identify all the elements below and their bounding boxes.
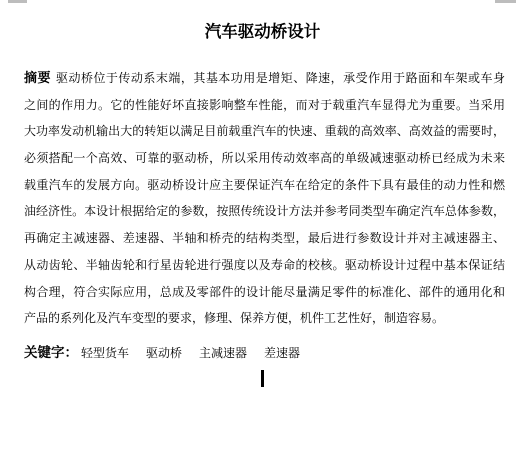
abstract-line-9: 构合理，符合实际应用，总成及零部件的设计能尽量满足零件的标准化、部件的通用化和 [24, 279, 505, 306]
top-left-ui-fragment [8, 0, 27, 3]
keyword-item-3: 主减速器 [199, 346, 247, 360]
abstract-line-1: 摘要驱动桥位于传动系末端，其基本功用是增矩、降速，承受作用于路面和车架或车身 [24, 65, 505, 92]
top-right-ui-fragment [495, 0, 516, 3]
document-page[interactable]: 汽车驱动桥设计 摘要驱动桥位于传动系末端，其基本功用是增矩、降速，承受作用于路面… [0, 0, 525, 450]
keyword-item-1: 轻型货车 [81, 346, 129, 360]
abstract-line-5: 载重汽车的发展方向。驱动桥设计应主要保证汽车在给定的条件下具有最佳的动力性和燃 [24, 172, 505, 199]
document-title: 汽车驱动桥设计 [0, 21, 525, 43]
keywords-line: 关键字：轻型货车驱动桥主减速器差速器 [24, 340, 505, 367]
keywords-label: 关键字： [24, 345, 78, 361]
text-cursor [261, 370, 264, 387]
abstract-line-4: 必须搭配一个高效、可靠的驱动桥，所以采用传动效率高的单级减速驱动桥已经成为未来 [24, 145, 505, 172]
abstract-line-2: 之间的作用力。它的性能好坏直接影响整车性能，而对于载重汽车显得尤为重要。当采用 [24, 92, 505, 119]
abstract-line-3: 大功率发动机输出大的转矩以满足目前载重汽车的快速、重载的高效率、高效益的需要时， [24, 118, 505, 145]
abstract-line-7: 再确定主减速器、差速器、半轴和桥壳的结构类型，最后进行参数设计并对主减速器主、 [24, 225, 505, 252]
abstract-line-6: 油经济性。本设计根据给定的参数，按照传统设计方法并参考同类型车确定汽车总体参数， [24, 198, 505, 225]
abstract-line-10: 产品的系列化及汽车变型的要求，修理、保养方便，机件工艺性好，制造容易。 [24, 305, 505, 332]
abstract-line-1-text: 驱动桥位于传动系末端，其基本功用是增矩、降速，承受作用于路面和车架或车身 [56, 71, 505, 85]
abstract-line-8: 从动齿轮、半轴齿轮和行星齿轮进行强度以及寿命的校核。驱动桥设计过程中基本保证结 [24, 252, 505, 279]
keyword-item-4: 差速器 [264, 346, 300, 360]
keyword-item-2: 驱动桥 [146, 346, 182, 360]
abstract-paragraph: 摘要驱动桥位于传动系末端，其基本功用是增矩、降速，承受作用于路面和车架或车身 之… [24, 65, 505, 332]
abstract-label: 摘要 [24, 71, 51, 86]
